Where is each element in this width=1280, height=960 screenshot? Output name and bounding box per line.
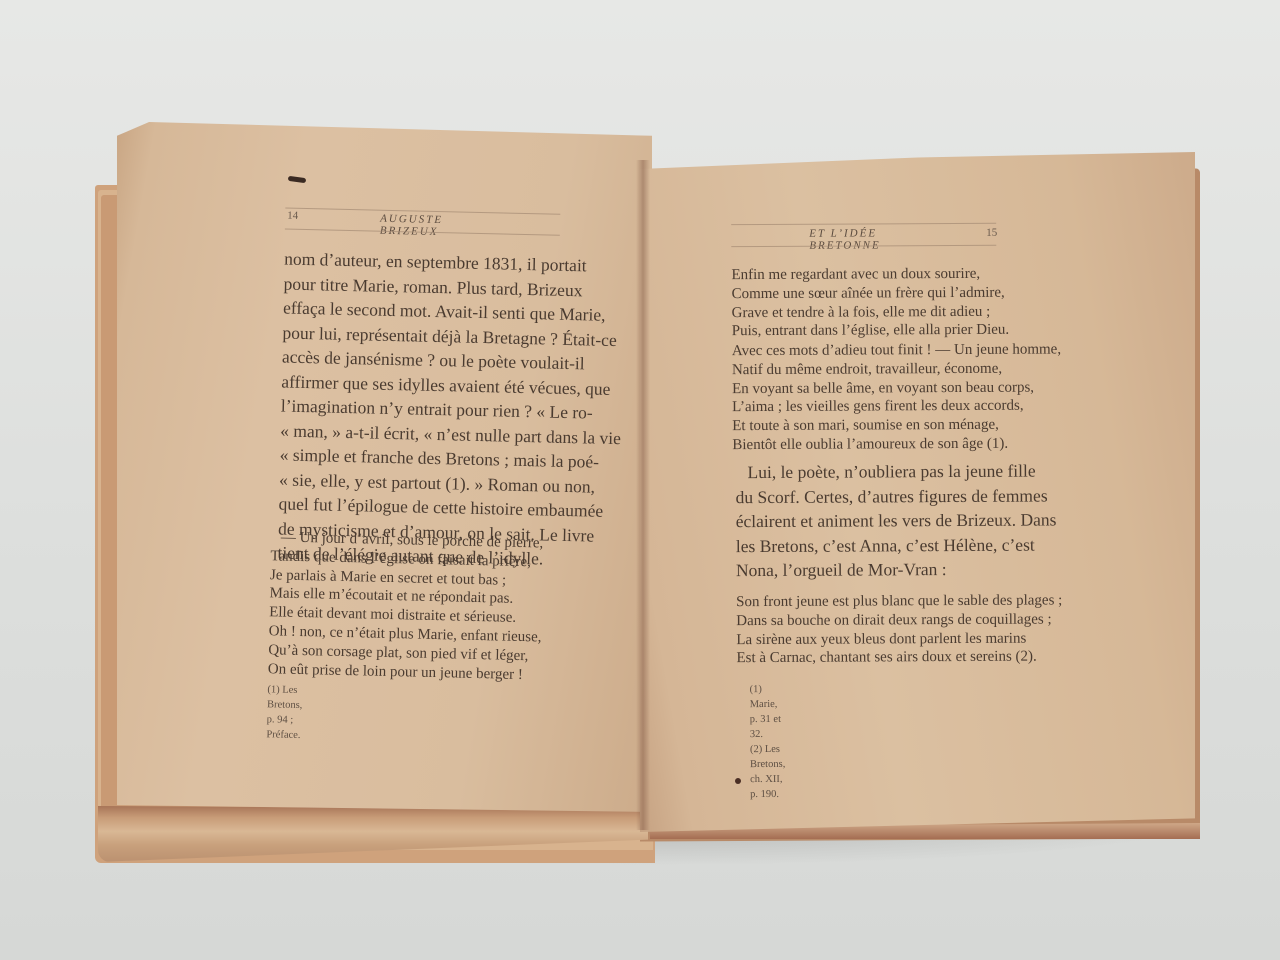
footnote: (1) Marie, p. 31 et 32. (750, 682, 786, 742)
verse-line: Dans sa bouche on dirait deux rangs de c… (736, 610, 1062, 631)
open-book: 14 AUGUSTE BRIZEUX nom d’auteur, en sept… (0, 0, 1280, 960)
text-line: les Bretons, c’est Anna, c’est Hélène, c… (736, 532, 1011, 558)
text-line: Nona, l’orgueil de Mor-Vran : (736, 557, 1011, 583)
verse-line: L’aima ; les vieilles gens firent les de… (732, 397, 1061, 418)
verse-line: Bientôt elle oublia l’amoureux de son âg… (732, 434, 1061, 455)
verse-line: Natif du même endroit, travailleur, écon… (732, 359, 1061, 380)
text-line: éclairent et animent les vers de Brizeux… (736, 508, 1011, 534)
verse-line: En voyant sa belle âme, en voyant son be… (732, 378, 1061, 399)
verse-line: La sirène aux yeux bleus dont parlent le… (736, 629, 1062, 650)
ink-spot (735, 778, 741, 784)
verse-stanza: — Un jour d’avril, sous le porche de pie… (268, 528, 544, 685)
prose-paragraph: Lui, le poète, n’oubliera pas la jeune f… (735, 459, 1011, 583)
prose-paragraph: nom d’auteur, en septembre 1831, il port… (277, 247, 559, 572)
verse-line: Avec ces mots d’adieu tout finit ! — Un … (732, 340, 1061, 361)
verse-line: Comme une sœur aînée un frère qui l’admi… (732, 284, 1010, 304)
verse-line: Est à Carnac, chantant ses airs doux et … (736, 648, 1062, 669)
verse-stanza-top: Enfin me regardant avec un doux sourire,… (731, 265, 1009, 342)
footnotes: (1) Marie, p. 31 et 32. (2) Les Bretons,… (750, 682, 786, 802)
text-line: du Scorf. Certes, d’autres figures de fe… (736, 483, 1011, 509)
verse-line: Enfin me regardant avec un doux sourire, (731, 265, 1009, 285)
verse-stanza-bottom: Son front jeune est plus blanc que le sa… (736, 591, 1063, 668)
page-number: 14 (287, 210, 298, 222)
verse-line: Puis, entrant dans l’église, elle alla p… (732, 321, 1010, 341)
running-head: AUGUSTE BRIZEUX (380, 213, 443, 238)
verse-line: Son front jeune est plus blanc que le sa… (736, 591, 1062, 612)
text-line: Lui, le poète, n’oubliera pas la jeune f… (735, 459, 1010, 485)
footnote: (1) Les Bretons, p. 94 ; Préface. (266, 682, 303, 743)
verse-line: Et toute à son mari, soumise en son ména… (732, 416, 1061, 437)
running-head: ET L’IDÉE BRETONNE (809, 227, 881, 251)
footnote: (2) Les Bretons, ch. XII, p. 190. (750, 742, 786, 802)
book-gutter (636, 160, 650, 830)
page-number: 15 (986, 227, 997, 239)
verse-stanza-middle: Avec ces mots d’adieu tout finit ! — Un … (732, 340, 1062, 455)
verse-line: Grave et tendre à la fois, elle me dit a… (732, 302, 1010, 322)
